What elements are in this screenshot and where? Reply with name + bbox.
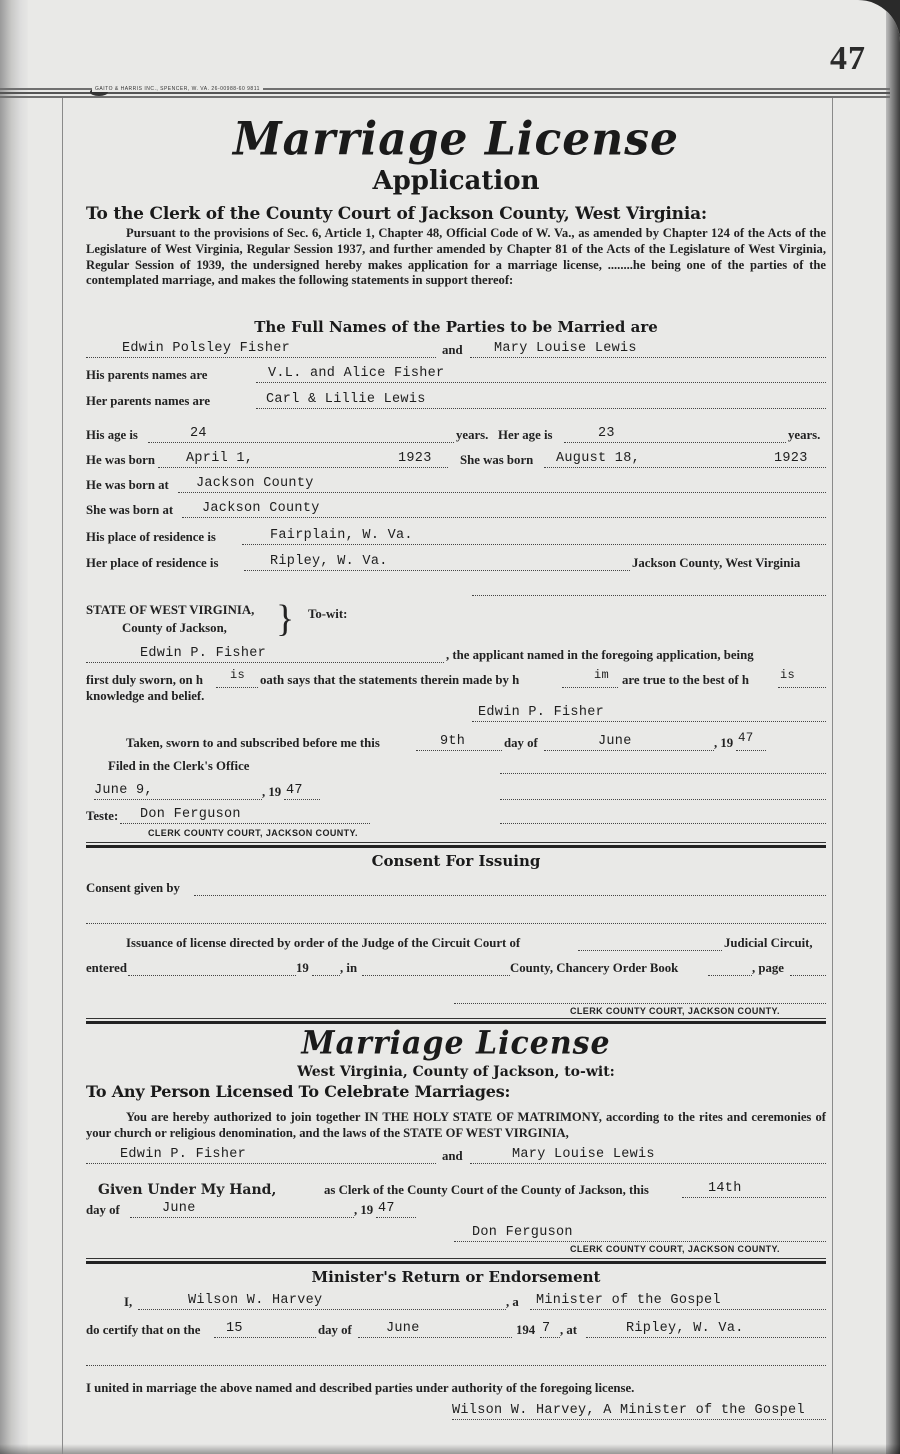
oath-his-value: is [230,668,245,682]
filed-date: June 9, [94,783,153,798]
county-state-label: Jackson County, West Virginia [632,556,800,571]
page-field[interactable] [790,962,826,976]
years-label: years. [456,428,488,443]
license-bride: Mary Louise Lewis [512,1147,655,1162]
license-subtitle: West Virginia, County of Jackson, to-wit… [86,1064,826,1080]
right-margin-rule [832,98,833,1454]
right-blank-1[interactable] [500,760,826,774]
right-blank-3[interactable] [500,810,826,824]
he-born-at-value: Jackson County [196,476,314,491]
license-and-label: and [442,1149,463,1164]
to-wit-label: To-wit: [308,607,347,622]
given-day: 14th [708,1181,742,1196]
certify-day-of-label: day of [318,1323,352,1338]
entered-row: entered 19 , in County, Chancery Order B… [86,958,826,978]
license-day-of-label: day of [86,1203,120,1218]
united-row: I united in marriage the above named and… [86,1378,826,1398]
at-label: , at [560,1323,577,1338]
judicial-circuit-label: Judicial Circuit, [724,936,813,951]
clerk-caption-2: CLERK COUNTY COURT, JACKSON COUNTY. [570,1006,780,1016]
minister-name: Wilson W. Harvey [188,1293,322,1308]
certify-year-prefix: 194 [516,1323,535,1338]
teste-name: Don Ferguson [140,807,241,822]
nineteen-label: 19 [296,961,309,976]
license-names-row: Edwin P. Fisher and Mary Louise Lewis [86,1146,826,1166]
united-text: I united in marriage the above named and… [86,1381,634,1396]
she-born-date: August 18, [556,451,640,466]
sworn-label: Taken, sworn to and subscribed before me… [126,736,380,751]
minister-signature-row: Wilson W. Harvey, A Minister of the Gosp… [86,1402,826,1422]
given-month-row: day of June , 19 47 [86,1200,826,1220]
her-residence-row: Her place of residence is Ripley, W. Va.… [86,553,826,573]
applicant-name: Edwin P. Fisher [140,646,266,661]
filed-date-row: June 9, , 19 47 [86,782,826,802]
teste-label: Teste: [86,809,118,824]
bride-name: Mary Louise Lewis [494,341,637,356]
license-year-prefix: , 19 [354,1203,373,1218]
entered-date-field[interactable] [128,962,296,976]
certify-blank-field[interactable] [86,1352,826,1366]
consent-blank-row [86,906,826,926]
given-day-field[interactable] [682,1184,826,1198]
circuit-court-field[interactable] [578,937,722,951]
ledger-page: 47 GAITO & HARRIS INC., SPENCER, W. VA. … [0,0,900,1454]
he-born-at-label: He was born at [86,478,169,493]
affiant-signature-row: Edwin P. Fisher [86,704,826,724]
section-divider-3 [86,1258,826,1264]
certify-blank-row [86,1348,826,1368]
his-residence-value: Fairplain, W. Va. [270,528,413,543]
oath-his2-value: is [780,668,795,682]
certify-place: Ripley, W. Va. [626,1321,744,1336]
license-groom: Edwin P. Fisher [120,1147,246,1162]
his-age-value: 24 [190,426,207,441]
page-edge [886,0,900,1454]
he-born-label: He was born [86,453,155,468]
her-age-label: Her age is [498,428,553,443]
he-born-date: April 1, [186,451,253,466]
issuance-text: Issuance of license directed by order of… [126,936,520,951]
right-blank-2[interactable] [500,786,826,800]
filed-label-row: Filed in the Clerk's Office [86,756,826,776]
i-label: I, [124,1295,132,1310]
consent-clerk-field[interactable] [454,990,826,1004]
applicant-text: , the applicant named in the foregoing a… [446,648,754,663]
his-parents-value: V.L. and Alice Fisher [268,366,444,381]
consent-heading: Consent For Issuing [86,852,826,870]
her-age-value: 23 [598,426,615,441]
application-title: Marriage License [86,113,826,167]
venue-block: STATE OF WEST VIRGINIA, County of Jackso… [86,602,826,638]
printer-imprint: GAITO & HARRIS INC., SPENCER, W. VA. 26-… [92,86,263,92]
sworn-day: 9th [440,734,465,749]
license-clerk-row: Don Ferguson [86,1224,826,1244]
he-born-at-row: He was born at Jackson County [86,475,826,495]
years-label-2: years. [788,428,820,443]
license-salutation: To Any Person Licensed To Celebrate Marr… [86,1082,510,1101]
issuance-row: Issuance of license directed by order of… [86,933,826,953]
she-born-at-label: She was born at [86,503,173,518]
application-preamble: Pursuant to the provisions of Sec. 6, Ar… [86,226,826,289]
state-label: STATE OF WEST VIRGINIA, [86,603,254,618]
birthdates-row: He was born April 1, 1923 She was born A… [86,450,826,470]
he-born-year: 1923 [398,451,432,466]
county-field[interactable] [362,962,510,976]
a-label: , a [506,1295,519,1310]
given-month: June [162,1201,196,1216]
her-parents-label: Her parents names are [86,394,210,409]
oath-him-value: im [594,668,609,682]
day-of-label: day of [504,736,538,751]
knowledge-row: knowledge and belief. [86,686,826,706]
in-label: , in [340,961,357,976]
her-residence-value: Ripley, W. Va. [270,554,388,569]
applicant-signature-row [86,578,826,598]
her-parents-value: Carl & Lillie Lewis [266,392,426,407]
certify-label: do certify that on the [86,1323,200,1338]
consent-given-field[interactable] [194,882,826,896]
consent-clerk-row [86,986,826,1006]
ages-row: His age is 24 years. Her age is 23 years… [86,425,826,445]
she-born-at-value: Jackson County [202,501,320,516]
county-book-label: County, Chancery Order Book [510,961,678,976]
applicant-row: Edwin P. Fisher , the applicant named in… [86,645,826,665]
she-born-label: She was born [460,453,533,468]
applicant-signature-field[interactable] [472,582,826,596]
license-authorization: You are hereby authorized to join togeth… [86,1110,826,1142]
and-label: and [442,343,463,358]
entered-year-field[interactable] [312,962,340,976]
section-divider-1 [86,842,826,848]
knowledge-text: knowledge and belief. [86,689,204,704]
sworn-row: Taken, sworn to and subscribed before me… [86,733,826,753]
license-title: Marriage License [86,1025,826,1062]
parties-heading: The Full Names of the Parties to be Marr… [86,318,826,336]
his-parents-row: His parents names are V.L. and Alice Fis… [86,365,826,385]
section-divider-2 [86,1018,826,1024]
teste-row: Teste: Don Ferguson [86,806,826,826]
certify-day: 15 [226,1321,243,1336]
filed-year: 47 [286,783,303,798]
certify-month-field[interactable] [358,1324,512,1338]
his-parents-label: His parents names are [86,368,207,383]
filed-year-prefix: , 19 [262,785,281,800]
given-year: 47 [378,1201,395,1216]
she-born-at-row: She was born at Jackson County [86,500,826,520]
order-book-field[interactable] [708,962,752,976]
clerk-caption-1: CLERK COUNTY COURT, JACKSON COUNTY. [148,828,358,838]
his-age-label: His age is [86,428,138,443]
minister-heading: Minister's Return or Endorsement [86,1268,826,1286]
given-text: as Clerk of the County Court of the Coun… [324,1183,649,1198]
brace-icon: } [276,600,294,638]
his-residence-row: His place of residence is Fairplain, W. … [86,527,826,547]
his-residence-label: His place of residence is [86,530,216,545]
minister-name-row: I, Wilson W. Harvey , a Minister of the … [86,1292,826,1312]
application-salutation: To the Clerk of the County Court of Jack… [86,204,707,224]
groom-name: Edwin Polsley Fisher [122,341,290,356]
book-gutter-shadow [0,0,28,1454]
minister-title: Minister of the Gospel [536,1293,721,1308]
consent-given-row: Consent given by [86,878,826,898]
consent-given-label: Consent given by [86,881,180,896]
minister-signature: Wilson W. Harvey, A Minister of the Gosp… [452,1403,805,1418]
certify-year-digit: 7 [542,1321,550,1336]
county-label: County of Jackson, [122,621,227,636]
names-row: Edwin Polsley Fisher and Mary Louise Lew… [86,340,826,360]
page-number: 47 [830,40,866,78]
certify-row: do certify that on the 15 day of June 19… [86,1320,826,1340]
entered-label: entered [86,961,127,976]
her-parents-row: Her parents names are Carl & Lillie Lewi… [86,391,826,411]
clerk-caption-3: CLERK COUNTY COURT, JACKSON COUNTY. [570,1244,780,1254]
filed-label: Filed in the Clerk's Office [108,759,249,774]
given-label: Given Under My Hand, [98,1182,276,1198]
certify-month: June [386,1321,420,1336]
page-bottom-shadow [0,1444,900,1454]
consent-blank-field[interactable] [86,910,826,924]
sworn-year: 47 [738,731,754,745]
license-clerk-signature: Don Ferguson [472,1225,573,1240]
page-label: , page [752,961,784,976]
affiant-signature: Edwin P. Fisher [478,705,604,720]
application-subtitle: Application [86,166,826,196]
given-row: Given Under My Hand, as Clerk of the Cou… [86,1176,826,1200]
year-prefix: , 19 [714,736,733,751]
she-born-year: 1923 [774,451,808,466]
sworn-month: June [598,734,632,749]
left-margin-rule [62,98,63,1454]
her-residence-label: Her place of residence is [86,556,218,571]
